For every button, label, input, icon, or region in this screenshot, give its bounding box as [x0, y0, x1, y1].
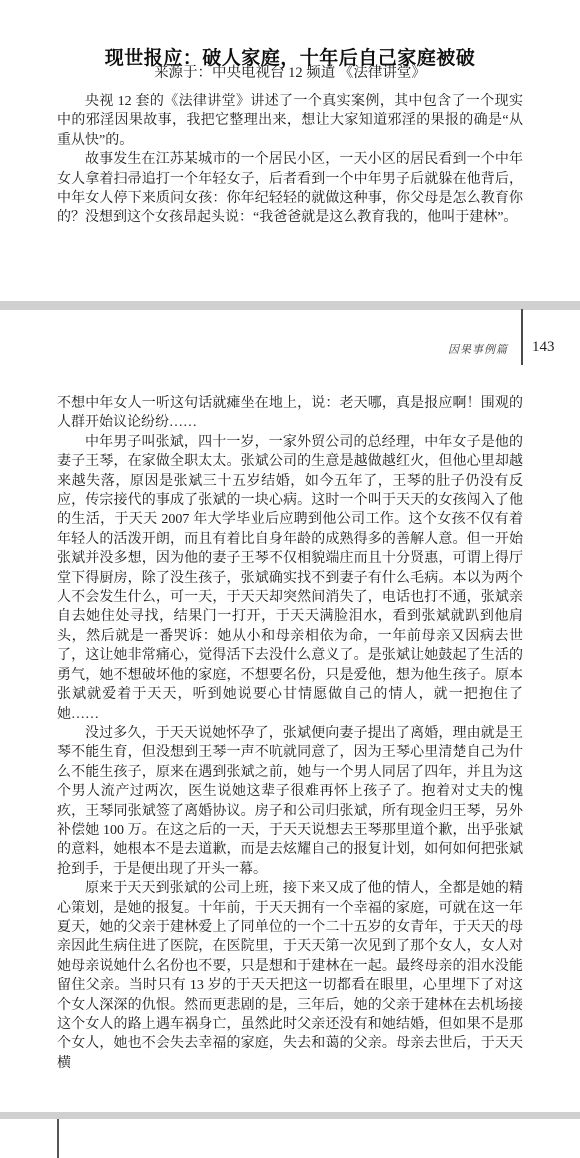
- paragraph: 央视 12 套的《法律讲堂》讲述了一个真实案例，其中包含了一个现实中的邪淫因果故…: [57, 92, 523, 150]
- paragraph: 没过多久，于天天说她怀孕了，张斌便向妻子提出了离婚，理由就是王琴不能生育，但没想…: [57, 724, 523, 879]
- running-header-section-label: 因果事例篇: [420, 341, 508, 357]
- running-header-rule: [521, 309, 523, 365]
- page-number: 143: [532, 339, 555, 356]
- paragraph: 中年男子叫张斌，四十一岁，一家外贸公司的总经理，中年女子是他的妻子王琴，在家做全…: [57, 433, 523, 724]
- article-source: 来源于：中央电视台 12 频道 《法律讲堂》: [0, 61, 580, 82]
- paragraph: 故事发生在江苏某城市的一个居民小区，一天小区的居民看到一个中年女人拿着扫帚追打一…: [57, 150, 523, 228]
- book-page-scan: 现世报应：破人家庭，十年后自己家庭被破 来源于：中央电视台 12 频道 《法律讲…: [0, 0, 580, 1158]
- page-separator-top: [0, 301, 580, 310]
- page-separator-bottom: [0, 1112, 580, 1119]
- paragraph: 原来于天天到张斌的公司上班，接下来又成了他的情人，全都是她的精心策划，是她的报复…: [57, 879, 523, 1073]
- prev-page-body: 央视 12 套的《法律讲堂》讲述了一个真实案例，其中包含了一个现实中的邪淫因果故…: [57, 92, 523, 228]
- next-page-header-rule: [57, 1119, 59, 1158]
- paragraph: 不想中年女人一听这句话就瘫坐在地上，说：老天哪，真是报应啊！围观的人群开始议论纷…: [57, 394, 523, 433]
- current-page-body: 不想中年女人一听这句话就瘫坐在地上，说：老天哪，真是报应啊！围观的人群开始议论纷…: [57, 394, 523, 1073]
